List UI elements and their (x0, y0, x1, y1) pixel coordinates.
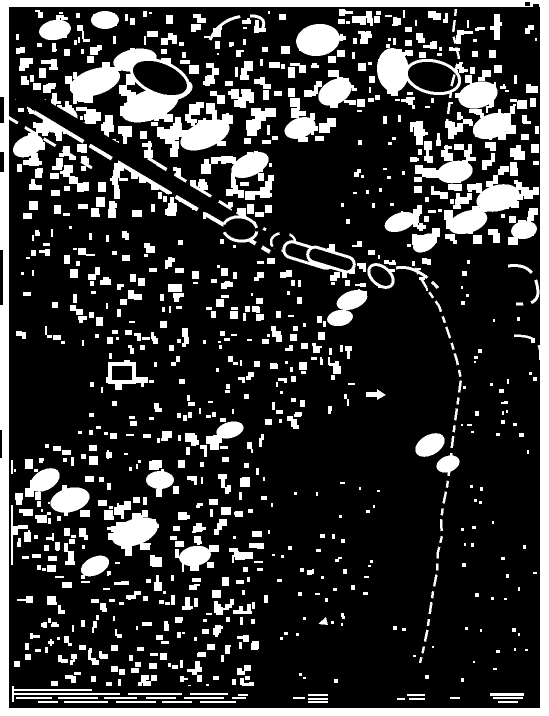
speckle (175, 117, 181, 124)
speckle (490, 383, 493, 386)
speckle (333, 366, 341, 374)
speckle (501, 557, 505, 560)
speckle (31, 250, 36, 256)
speckle (378, 255, 380, 259)
speckle (244, 552, 253, 559)
speckle (193, 14, 201, 18)
speckle (288, 88, 295, 97)
speckle (351, 585, 355, 590)
speckle (493, 668, 497, 670)
scalebar-dash (116, 701, 156, 703)
speckle (233, 362, 238, 365)
speckle (225, 647, 230, 654)
speckle (71, 535, 76, 538)
speckle (254, 277, 259, 281)
speckle (155, 408, 162, 412)
speckle (357, 169, 361, 173)
speckle (249, 125, 259, 130)
speckle (247, 18, 250, 24)
speckle (464, 69, 468, 72)
speckle (280, 272, 286, 278)
speckle (62, 582, 72, 588)
speckle (126, 434, 134, 436)
speckle (170, 197, 174, 207)
speckle (241, 68, 247, 78)
speckle (122, 255, 130, 261)
speckle (392, 137, 396, 140)
speckle (160, 653, 167, 660)
speckle (388, 38, 391, 41)
speckle (359, 487, 361, 490)
speckle (272, 554, 275, 556)
speckle (364, 576, 369, 578)
speckle (109, 599, 115, 602)
speckle (192, 578, 201, 582)
speckle (499, 389, 504, 393)
speckle (140, 345, 145, 350)
speckle (104, 510, 113, 520)
speckle (21, 80, 29, 85)
speckle (63, 213, 70, 216)
speckle (416, 33, 423, 40)
speckle (56, 158, 63, 167)
speckle (234, 551, 239, 557)
speckle (325, 598, 328, 602)
speckle (416, 135, 423, 145)
speckle (192, 669, 197, 675)
speckle (106, 303, 108, 309)
speckle (60, 171, 66, 174)
speckle (316, 492, 318, 496)
speckle (263, 477, 265, 481)
speckle (501, 214, 505, 218)
speckle (119, 602, 124, 605)
speckle (210, 443, 219, 450)
speckle (529, 372, 532, 375)
speckle (131, 668, 139, 673)
speckle (179, 42, 184, 46)
speckle (243, 39, 246, 45)
speckle (383, 168, 387, 170)
speckle (137, 647, 144, 651)
speckle (474, 356, 478, 359)
white-blob (146, 471, 174, 489)
speckle (268, 530, 270, 534)
speckle (218, 341, 221, 343)
speckle (157, 438, 160, 443)
speckle (288, 315, 294, 317)
speckle (52, 533, 54, 541)
speckle (196, 505, 200, 508)
speckle (130, 18, 135, 25)
speckle (408, 98, 413, 105)
speckle (58, 605, 61, 614)
speckle (107, 571, 109, 576)
speckle (206, 415, 211, 418)
speckle (341, 539, 345, 543)
speckle (329, 363, 337, 366)
speckle (375, 95, 380, 100)
speckle (51, 229, 53, 237)
speckle (244, 138, 251, 144)
speckle (81, 49, 84, 54)
speckle (316, 81, 322, 87)
speckle (348, 383, 355, 385)
speckle (243, 27, 247, 29)
speckle (206, 307, 212, 310)
speckle (512, 628, 516, 632)
speckle (133, 497, 140, 503)
speckle (431, 98, 434, 103)
speckle (425, 197, 429, 202)
scalebar-dash (308, 694, 328, 696)
screenshot-root: One-bit thresholded photographic image: … (0, 0, 549, 716)
scalebar-dash (293, 697, 305, 699)
scalebar-dash (308, 701, 328, 703)
speckle (29, 184, 36, 190)
speckle (232, 555, 234, 563)
speckle (529, 208, 538, 215)
speckle (209, 499, 218, 505)
speckle (299, 673, 302, 676)
speckle (422, 258, 427, 264)
speckle (358, 140, 362, 145)
speckle (231, 89, 239, 99)
speckle (90, 281, 94, 286)
speckle (150, 653, 158, 656)
speckle (219, 519, 227, 526)
speckle (68, 551, 74, 561)
scalebar-dash (162, 701, 192, 703)
speckle (211, 311, 216, 318)
speckle (142, 622, 150, 626)
speckle (177, 632, 181, 638)
speckle (144, 36, 146, 45)
speckle (233, 272, 237, 279)
speckle (467, 20, 469, 28)
speckle (303, 323, 306, 327)
speckle (370, 18, 373, 26)
speckle (17, 599, 26, 601)
speckle (257, 261, 264, 264)
speckle (135, 662, 141, 667)
speckle (176, 356, 180, 362)
speckle (467, 184, 477, 190)
speckle (502, 411, 504, 415)
speckle (247, 577, 250, 582)
speckle (220, 418, 226, 422)
speckle (474, 499, 477, 502)
speckle (390, 203, 394, 206)
speckle (333, 588, 337, 591)
speckle (177, 339, 181, 343)
speckle (281, 64, 285, 69)
speckle (196, 24, 201, 30)
speckle (510, 99, 517, 102)
speckle (291, 398, 296, 402)
speckle (163, 591, 166, 594)
speckle (129, 416, 135, 419)
speckle (470, 485, 473, 488)
speckle (407, 244, 411, 247)
speckle (173, 526, 180, 531)
speckle (111, 666, 118, 672)
speckle (48, 502, 50, 504)
speckle (491, 597, 494, 600)
speckle (47, 565, 56, 572)
margin-speck (533, 4, 539, 7)
speckle (144, 254, 148, 257)
speckle (444, 153, 453, 161)
speckle (134, 294, 142, 300)
speckle (478, 77, 485, 81)
speckle (412, 105, 415, 109)
scalebar-dash (184, 697, 224, 699)
speckle (485, 142, 490, 148)
speckle (213, 676, 219, 680)
speckle (221, 295, 229, 298)
speckle (450, 234, 455, 241)
speckle (369, 76, 375, 83)
speckle (48, 641, 54, 644)
speckle (109, 506, 113, 509)
speckle (143, 434, 151, 438)
speckle (405, 40, 412, 46)
speckle (262, 140, 271, 144)
speckle (461, 678, 464, 682)
speckle (113, 616, 115, 621)
speckle (32, 554, 41, 558)
speckle (233, 611, 242, 613)
speckle (501, 420, 505, 424)
speckle (103, 588, 110, 590)
speckle (185, 597, 190, 606)
speckle (255, 112, 265, 121)
speckle (113, 36, 116, 44)
speckle (78, 248, 86, 255)
speckle (89, 413, 94, 417)
speckle (246, 97, 251, 100)
speckle (198, 652, 206, 657)
speckle (425, 106, 430, 108)
speckle (185, 515, 190, 519)
speckle (392, 260, 395, 264)
speckle (128, 290, 134, 299)
speckle (533, 377, 537, 381)
speckle (32, 270, 34, 276)
speckle (194, 584, 200, 586)
scalebar-dash (490, 693, 524, 696)
speckle (162, 307, 165, 312)
speckle (252, 602, 255, 609)
speckle (107, 450, 109, 459)
speckle (35, 649, 41, 652)
speckle (92, 660, 99, 665)
speckle (323, 321, 326, 327)
speckle (35, 492, 41, 500)
speckle (254, 646, 259, 649)
speckle (248, 509, 253, 513)
speckle (530, 98, 533, 101)
speckle (35, 232, 40, 236)
speckle (108, 209, 116, 218)
speckle (467, 424, 472, 426)
speckle (293, 326, 298, 331)
speckle (141, 680, 146, 683)
speckle (134, 591, 141, 595)
speckle (228, 356, 233, 362)
speckle (192, 271, 199, 279)
speckle (300, 568, 304, 572)
white-blob (91, 11, 119, 29)
speckle (195, 661, 200, 669)
speckle (272, 402, 275, 410)
speckle (271, 326, 276, 331)
speckle (191, 476, 195, 481)
speckle (14, 661, 20, 667)
speckle (494, 65, 502, 73)
speckle (220, 331, 225, 336)
speckle (279, 419, 282, 423)
speckle (268, 175, 274, 181)
speckle (528, 25, 534, 30)
speckle (264, 595, 268, 603)
speckle (469, 109, 477, 113)
speckle (81, 620, 85, 627)
speckle (85, 119, 96, 124)
speckle (345, 280, 350, 286)
speckle (460, 197, 469, 204)
speckle (164, 621, 168, 625)
speckle (271, 503, 273, 507)
speckle (258, 173, 264, 181)
speckle (313, 346, 320, 353)
speckle (357, 241, 362, 247)
speckle (197, 18, 206, 23)
speckle (125, 233, 129, 240)
speckle (216, 368, 219, 371)
speckle (372, 203, 375, 208)
speckle (138, 278, 145, 286)
speckle (107, 527, 112, 530)
speckle (115, 384, 122, 390)
speckle (265, 108, 276, 115)
speckle (328, 56, 336, 63)
speckle (18, 525, 28, 529)
speckle (90, 47, 98, 55)
speckle (224, 282, 233, 287)
speckle (472, 51, 478, 57)
speckle (22, 556, 29, 559)
speckle (130, 274, 136, 282)
speckle (189, 606, 193, 609)
speckle (357, 99, 365, 107)
speckle (424, 141, 432, 150)
speckle (114, 189, 120, 199)
speckle (269, 163, 272, 167)
speckle (209, 545, 219, 552)
speckle (303, 677, 306, 679)
speckle (254, 361, 260, 367)
speckle (55, 542, 60, 550)
speckle (72, 625, 74, 632)
speckle (125, 330, 132, 335)
speckle (130, 421, 137, 426)
speckle (265, 205, 272, 213)
speckle (412, 158, 419, 161)
speckle (78, 316, 87, 320)
speckle (107, 337, 113, 344)
speckle (317, 316, 322, 323)
speckle (535, 38, 537, 41)
speckle (431, 186, 434, 192)
speckle (444, 210, 453, 220)
speckle (45, 249, 50, 256)
speckle (491, 153, 495, 162)
speckle (233, 245, 236, 248)
speckle (422, 132, 428, 135)
speckle (57, 516, 61, 521)
speckle (172, 141, 179, 149)
speckle (470, 67, 475, 74)
speckle (182, 52, 186, 58)
speckle (93, 621, 97, 628)
speckle (260, 77, 265, 85)
speckle (244, 463, 249, 468)
speckle (376, 11, 381, 15)
speckle (146, 579, 151, 583)
speckle (519, 433, 524, 437)
speckle (117, 634, 122, 638)
speckle (187, 119, 197, 123)
speckle (165, 602, 170, 605)
speckle (440, 192, 448, 199)
speckle (523, 545, 526, 549)
speckle (413, 655, 416, 657)
speckle (432, 646, 434, 648)
speckle (226, 384, 230, 389)
speckle (221, 507, 231, 515)
speckle (428, 11, 436, 18)
speckle (85, 476, 94, 482)
speckle (89, 233, 92, 240)
speckle (251, 619, 255, 624)
speckle (320, 534, 325, 538)
speckle (473, 661, 475, 663)
window-outline (110, 364, 134, 382)
speckle (151, 204, 155, 212)
speckle (112, 401, 117, 406)
speckle (71, 654, 77, 659)
speckle (166, 15, 173, 24)
speckle (418, 149, 422, 155)
speckle (183, 415, 187, 421)
speckle (69, 226, 72, 229)
speckle (533, 187, 539, 195)
speckle (209, 562, 214, 568)
speckle (247, 604, 251, 611)
speckle (54, 205, 61, 214)
speckle (164, 624, 169, 631)
speckle (206, 103, 215, 114)
speckle (212, 590, 221, 598)
speckle (134, 333, 137, 336)
speckle (119, 669, 125, 675)
speckle (170, 148, 178, 157)
speckle (298, 592, 302, 596)
speckle (82, 31, 84, 39)
speckle (459, 62, 463, 64)
